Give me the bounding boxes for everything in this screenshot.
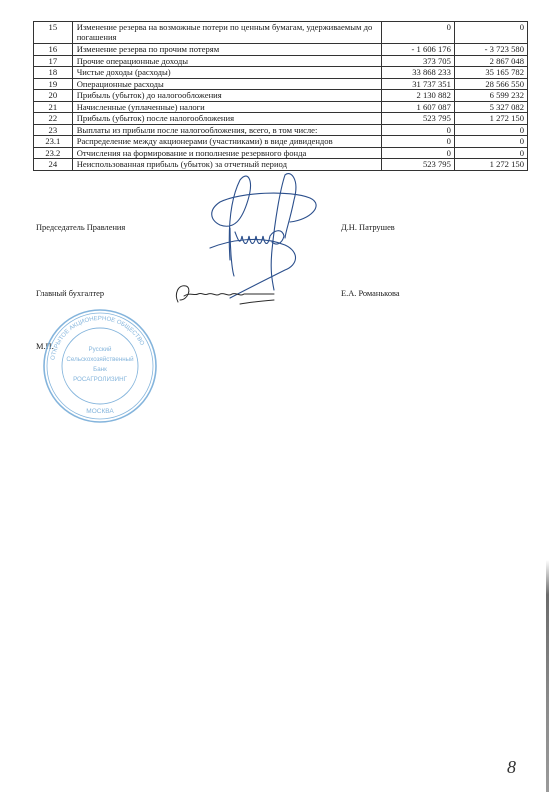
financial-results-table: 15Изменение резерва на возможные потери … — [33, 21, 528, 171]
row-label: Прочие операционные доходы — [72, 55, 381, 67]
row-label: Выплаты из прибыли после налогообложения… — [72, 124, 381, 136]
previous-period-value: 0 — [454, 22, 527, 44]
row-label: Изменение резерва на возможные потери по… — [72, 22, 381, 44]
table-row: 21Начисленные (уплаченные) налоги1 607 0… — [34, 101, 528, 113]
row-label: Распределение между акционерами (участни… — [72, 136, 381, 148]
current-period-value: 523 795 — [381, 159, 454, 171]
chairman-title: Председатель Правления — [36, 223, 125, 232]
table-row: 15Изменение резерва на возможные потери … — [34, 22, 528, 44]
previous-period-value: 0 — [454, 147, 527, 159]
accountant-name: Е.А. Романькова — [341, 289, 400, 298]
current-period-value: 33 868 233 — [381, 67, 454, 79]
previous-period-value: 6 599 232 — [454, 90, 527, 102]
row-number: 23.1 — [34, 136, 73, 148]
current-period-value: 523 795 — [381, 113, 454, 125]
current-period-value: 0 — [381, 147, 454, 159]
row-number: 23 — [34, 124, 73, 136]
row-number: 21 — [34, 101, 73, 113]
row-label: Изменение резерва по прочим потерям — [72, 44, 381, 56]
table-row: 22Прибыль (убыток) после налогообложения… — [34, 113, 528, 125]
stamp-center-line: Банк — [93, 366, 107, 373]
scan-edge-shadow — [546, 560, 549, 792]
previous-period-value: 5 327 082 — [454, 101, 527, 113]
row-number: 18 — [34, 67, 73, 79]
row-label: Прибыль (убыток) до налогообложения — [72, 90, 381, 102]
row-number: 20 — [34, 90, 73, 102]
current-period-value: 1 607 087 — [381, 101, 454, 113]
previous-period-value: - 3 723 580 — [454, 44, 527, 56]
row-number: 16 — [34, 44, 73, 56]
row-label: Чистые доходы (расходы) — [72, 67, 381, 79]
table-row: 17Прочие операционные доходы373 7052 867… — [34, 55, 528, 67]
table-row: 23.1Распределение между акционерами (уча… — [34, 136, 528, 148]
row-number: 22 — [34, 113, 73, 125]
row-label: Начисленные (уплаченные) налоги — [72, 101, 381, 113]
row-number: 15 — [34, 22, 73, 44]
previous-period-value: 28 566 550 — [454, 78, 527, 90]
table-row: 16Изменение резерва по прочим потерям- 1… — [34, 44, 528, 56]
table-row: 20Прибыль (убыток) до налогообложения2 1… — [34, 90, 528, 102]
previous-period-value: 1 272 150 — [454, 159, 527, 171]
previous-period-value: 0 — [454, 136, 527, 148]
stamp-center-line: РОСАГРОЛИЗИНГ — [73, 376, 128, 383]
current-period-value: 0 — [381, 136, 454, 148]
table-row: 23Выплаты из прибыли после налогообложен… — [34, 124, 528, 136]
previous-period-value: 35 165 782 — [454, 67, 527, 79]
row-number: 23.2 — [34, 147, 73, 159]
row-number: 17 — [34, 55, 73, 67]
accountant-title: Главный бухгалтер — [36, 289, 104, 298]
current-period-value: 0 — [381, 124, 454, 136]
table-row: 24Неиспользованная прибыль (убыток) за о… — [34, 159, 528, 171]
stamp-city: МОСКВА — [86, 408, 114, 415]
row-label: Прибыль (убыток) после налогообложения — [72, 113, 381, 125]
current-period-value: 31 737 351 — [381, 78, 454, 90]
accountant-signature — [170, 280, 280, 310]
table-row: 23.2Отчисления на формирование и пополне… — [34, 147, 528, 159]
previous-period-value: 2 867 048 — [454, 55, 527, 67]
row-number: 24 — [34, 159, 73, 171]
table-row: 19Операционные расходы31 737 35128 566 5… — [34, 78, 528, 90]
previous-period-value: 1 272 150 — [454, 113, 527, 125]
stamp-center-line: Русский — [89, 346, 113, 353]
stamp-center-line: Сельскохозяйственный — [66, 356, 134, 363]
company-stamp: ОТКРЫТОЕ АКЦИОНЕРНОЕ ОБЩЕСТВО РусскийСел… — [40, 307, 160, 425]
chairman-name: Д.Н. Патрушев — [341, 223, 395, 232]
row-label: Неиспользованная прибыль (убыток) за отч… — [72, 159, 381, 171]
current-period-value: 0 — [381, 22, 454, 44]
previous-period-value: 0 — [454, 124, 527, 136]
current-period-value: 2 130 882 — [381, 90, 454, 102]
current-period-value: 373 705 — [381, 55, 454, 67]
row-number: 19 — [34, 78, 73, 90]
table-row: 18Чистые доходы (расходы)33 868 23335 16… — [34, 67, 528, 79]
page-number: 8 — [507, 757, 516, 778]
row-label: Отчисления на формирование и пополнение … — [72, 147, 381, 159]
current-period-value: - 1 606 176 — [381, 44, 454, 56]
row-label: Операционные расходы — [72, 78, 381, 90]
